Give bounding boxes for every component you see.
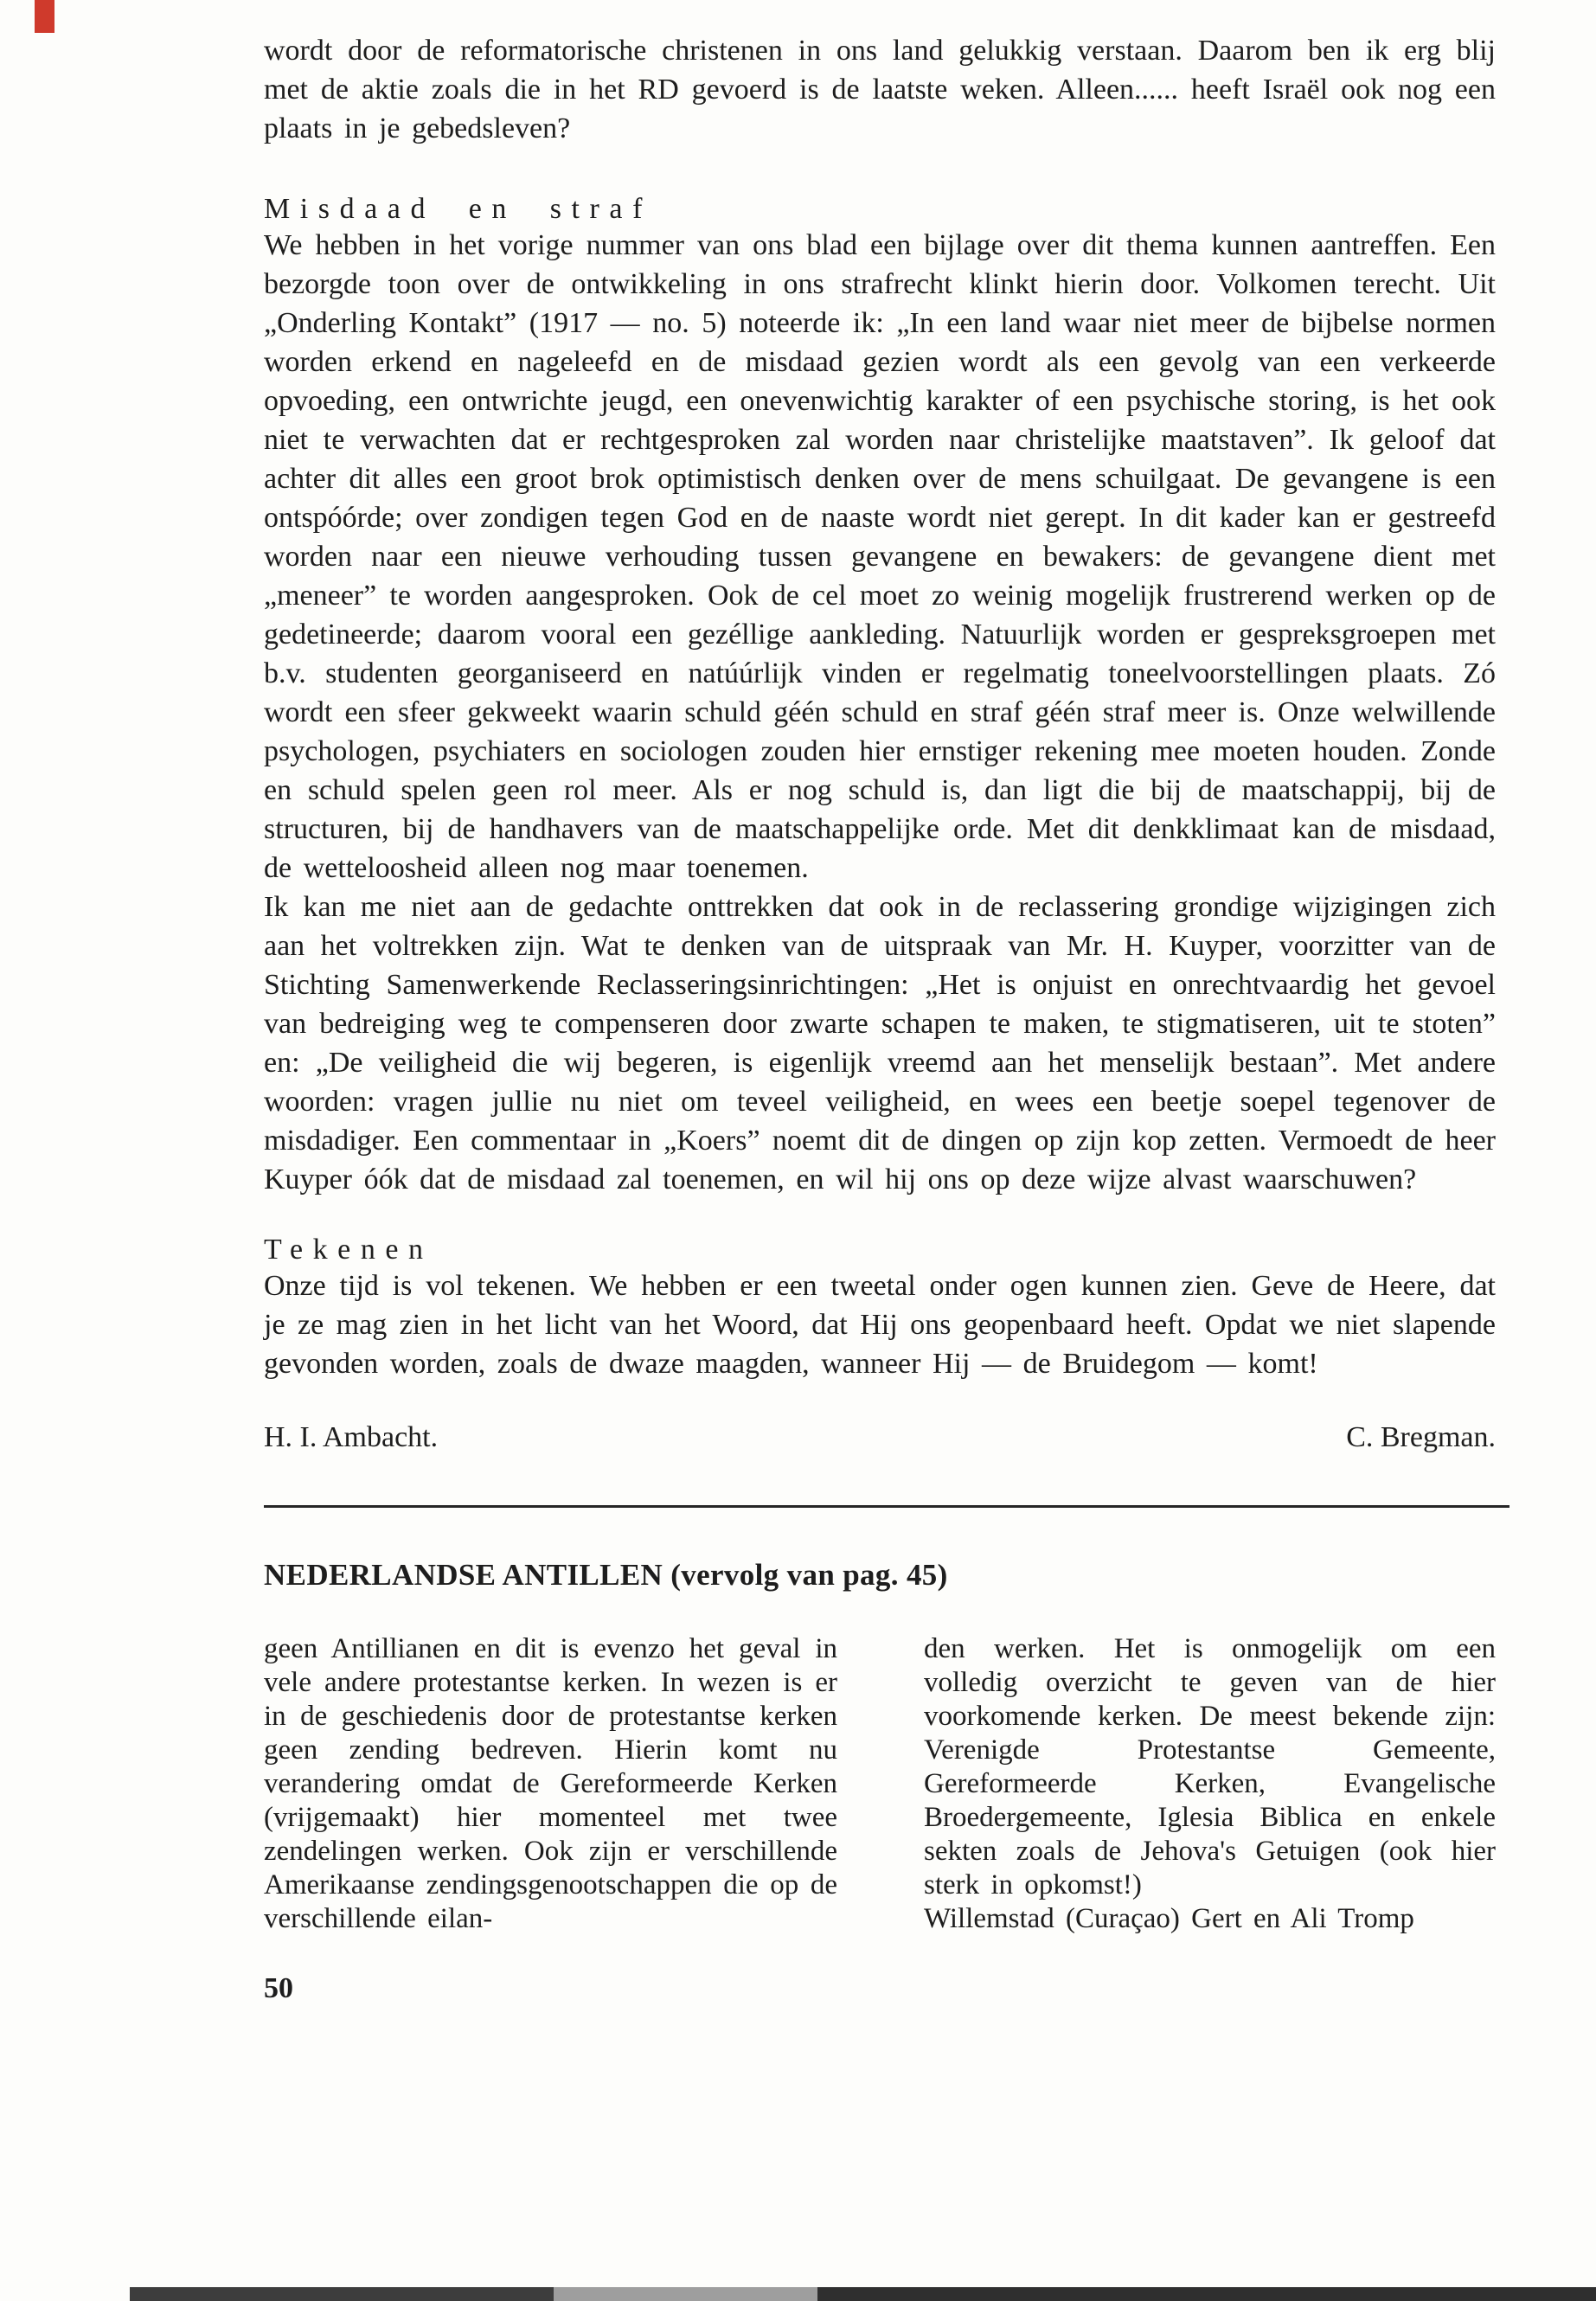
signature-row: H. I. Ambacht. C. Bregman.	[264, 1418, 1496, 1457]
bottom-scan-bar-segment	[130, 2287, 554, 2301]
antillen-column-right: den werken. Het is onmogelijk om een vol…	[924, 1632, 1496, 1936]
signature-left: H. I. Ambacht.	[264, 1418, 438, 1457]
tekenen-heading: Tekenen	[264, 1234, 1496, 1266]
text-column: wordt door de reformatorische christenen…	[264, 31, 1496, 2005]
tekenen-paragraph: Onze tijd is vol tekenen. We hebben er e…	[264, 1266, 1496, 1383]
misdaad-paragraph-2: Ik kan me niet aan de gedachte onttrekke…	[264, 888, 1496, 1199]
section-divider	[264, 1505, 1509, 1508]
antillen-column-right-paragraph: den werken. Het is onmogelijk om een vol…	[924, 1632, 1496, 1902]
bottom-scan-bar-segment	[817, 2287, 1596, 2301]
misdaad-paragraph-1: We hebben in het vorige nummer van ons b…	[264, 226, 1496, 888]
willemstad-line: Willemstad (Curaçao) Gert en Ali Tromp	[924, 1902, 1496, 1936]
scanned-document-page: wordt door de reformatorische christenen…	[0, 0, 1596, 2301]
antillen-column-left: geen Antillianen en dit is evenzo het ge…	[264, 1632, 837, 1936]
page-number: 50	[264, 1972, 1496, 2005]
misdaad-en-straf-heading: Misdaad en straf	[264, 193, 1496, 226]
antillen-heading-title: NEDERLANDSE ANTILLEN	[264, 1558, 663, 1592]
antillen-heading: NEDERLANDSE ANTILLEN (vervolg van pag. 4…	[264, 1558, 1496, 1593]
signature-right: C. Bregman.	[1346, 1418, 1496, 1457]
antillen-heading-suffix: (vervolg van pag. 45)	[670, 1558, 947, 1592]
two-column-section: geen Antillianen en dit is evenzo het ge…	[264, 1632, 1496, 1936]
red-corner-mark	[35, 0, 54, 33]
bottom-scan-bar-segment	[554, 2287, 817, 2301]
intro-paragraph: wordt door de reformatorische christenen…	[264, 31, 1496, 148]
